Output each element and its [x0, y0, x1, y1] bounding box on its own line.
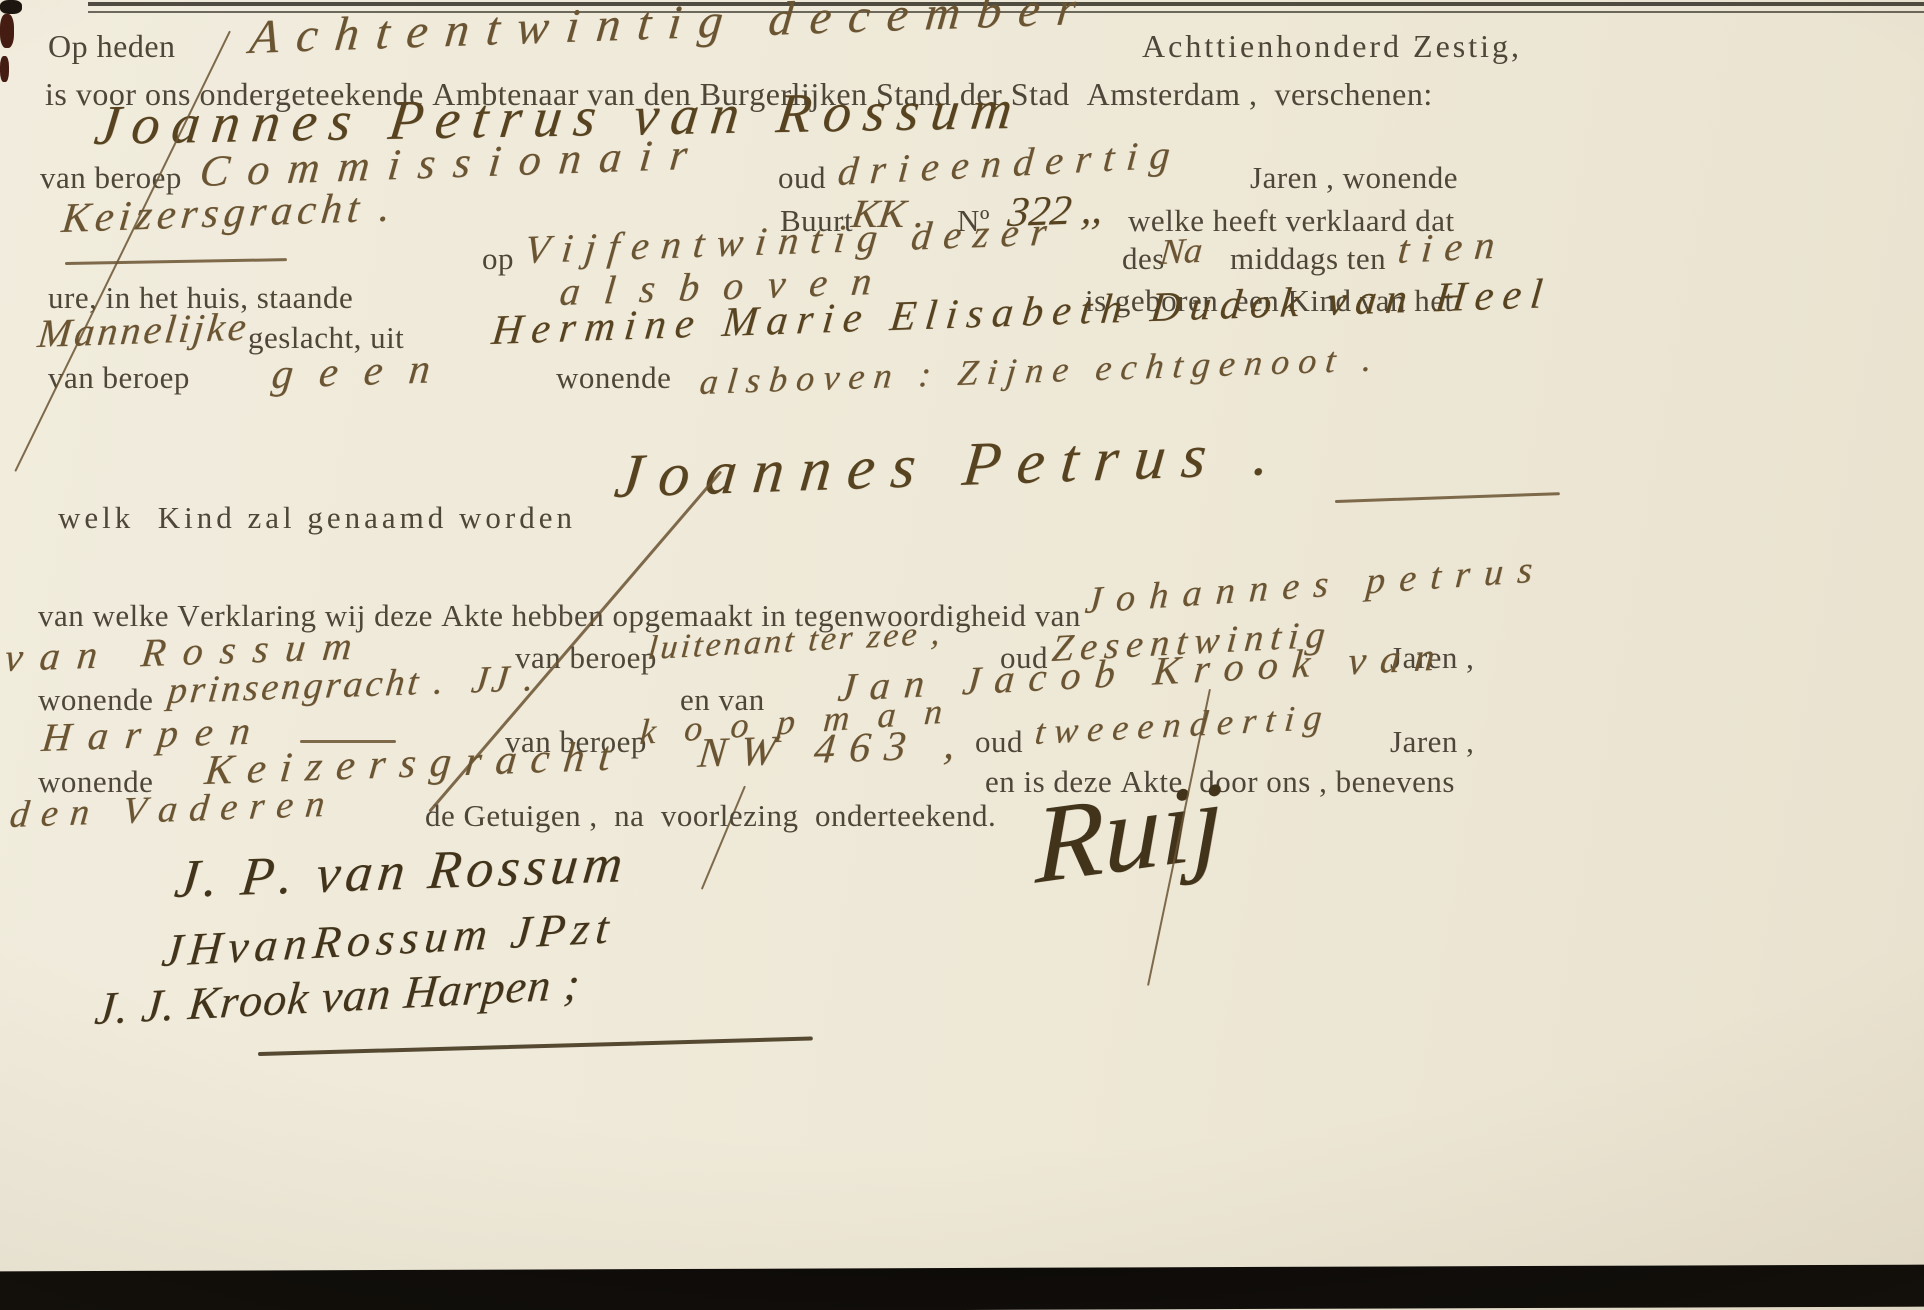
witness2-age: tweeendertig — [1033, 699, 1332, 750]
closing-written: den Vaderen — [8, 785, 339, 834]
birth-hour: tien — [1396, 224, 1508, 270]
declarant-address: Keizersgracht . — [60, 186, 398, 240]
pen-dash-filler — [65, 258, 287, 265]
registrar-signature: Ruij — [1035, 765, 1223, 902]
label-oud-1: oud — [778, 162, 826, 193]
child-name: Joannes Petrus . — [612, 423, 1289, 508]
label-oud-3: oud — [975, 726, 1023, 757]
closing-printed-b: de Getuigen , na voorlezing onderteekend… — [425, 800, 996, 831]
child-sex: Mannelijke — [36, 307, 251, 354]
mother-address: alsboven : Zijne echtgenoot . — [698, 340, 1383, 400]
mother-occupation: geen — [270, 348, 459, 396]
label-wonende-1: wonende — [556, 362, 671, 393]
printed-year: Achttienhonderd Zestig, — [1142, 30, 1522, 62]
label-op-heden: Op heden — [48, 30, 176, 62]
dagdeel: Na — [1158, 232, 1203, 270]
scan-edge-top-left — [0, 0, 22, 14]
label-jaren-2: Jaren , — [1390, 726, 1474, 757]
binding-mark-1 — [0, 14, 14, 48]
written-date: Achtentwintig december — [247, 0, 1095, 62]
signature-father: J. P. van Rossum — [172, 836, 630, 906]
signature-underline — [258, 1037, 813, 1056]
label-van-beroep-2: van beroep — [48, 362, 190, 393]
label-jaren-wonende: Jaren , wonende — [1250, 162, 1458, 193]
pen-flourish-tbar — [1335, 492, 1560, 503]
binding-mark-2 — [0, 56, 9, 82]
label-naming: welk Kind zal genaamd worden — [58, 502, 576, 533]
label-middags-ten: middags ten — [1230, 243, 1386, 274]
label-wonende-2: wonende — [38, 684, 153, 715]
scan-edge-bottom — [0, 1265, 1924, 1310]
label-van-beroep-1: van beroep — [40, 162, 182, 193]
birth-certificate-scan: Op heden Achtentwintig december Achttien… — [0, 0, 1924, 1310]
label-op: op — [482, 243, 514, 274]
witness1-name-a: Johannes petrus — [1084, 550, 1548, 620]
